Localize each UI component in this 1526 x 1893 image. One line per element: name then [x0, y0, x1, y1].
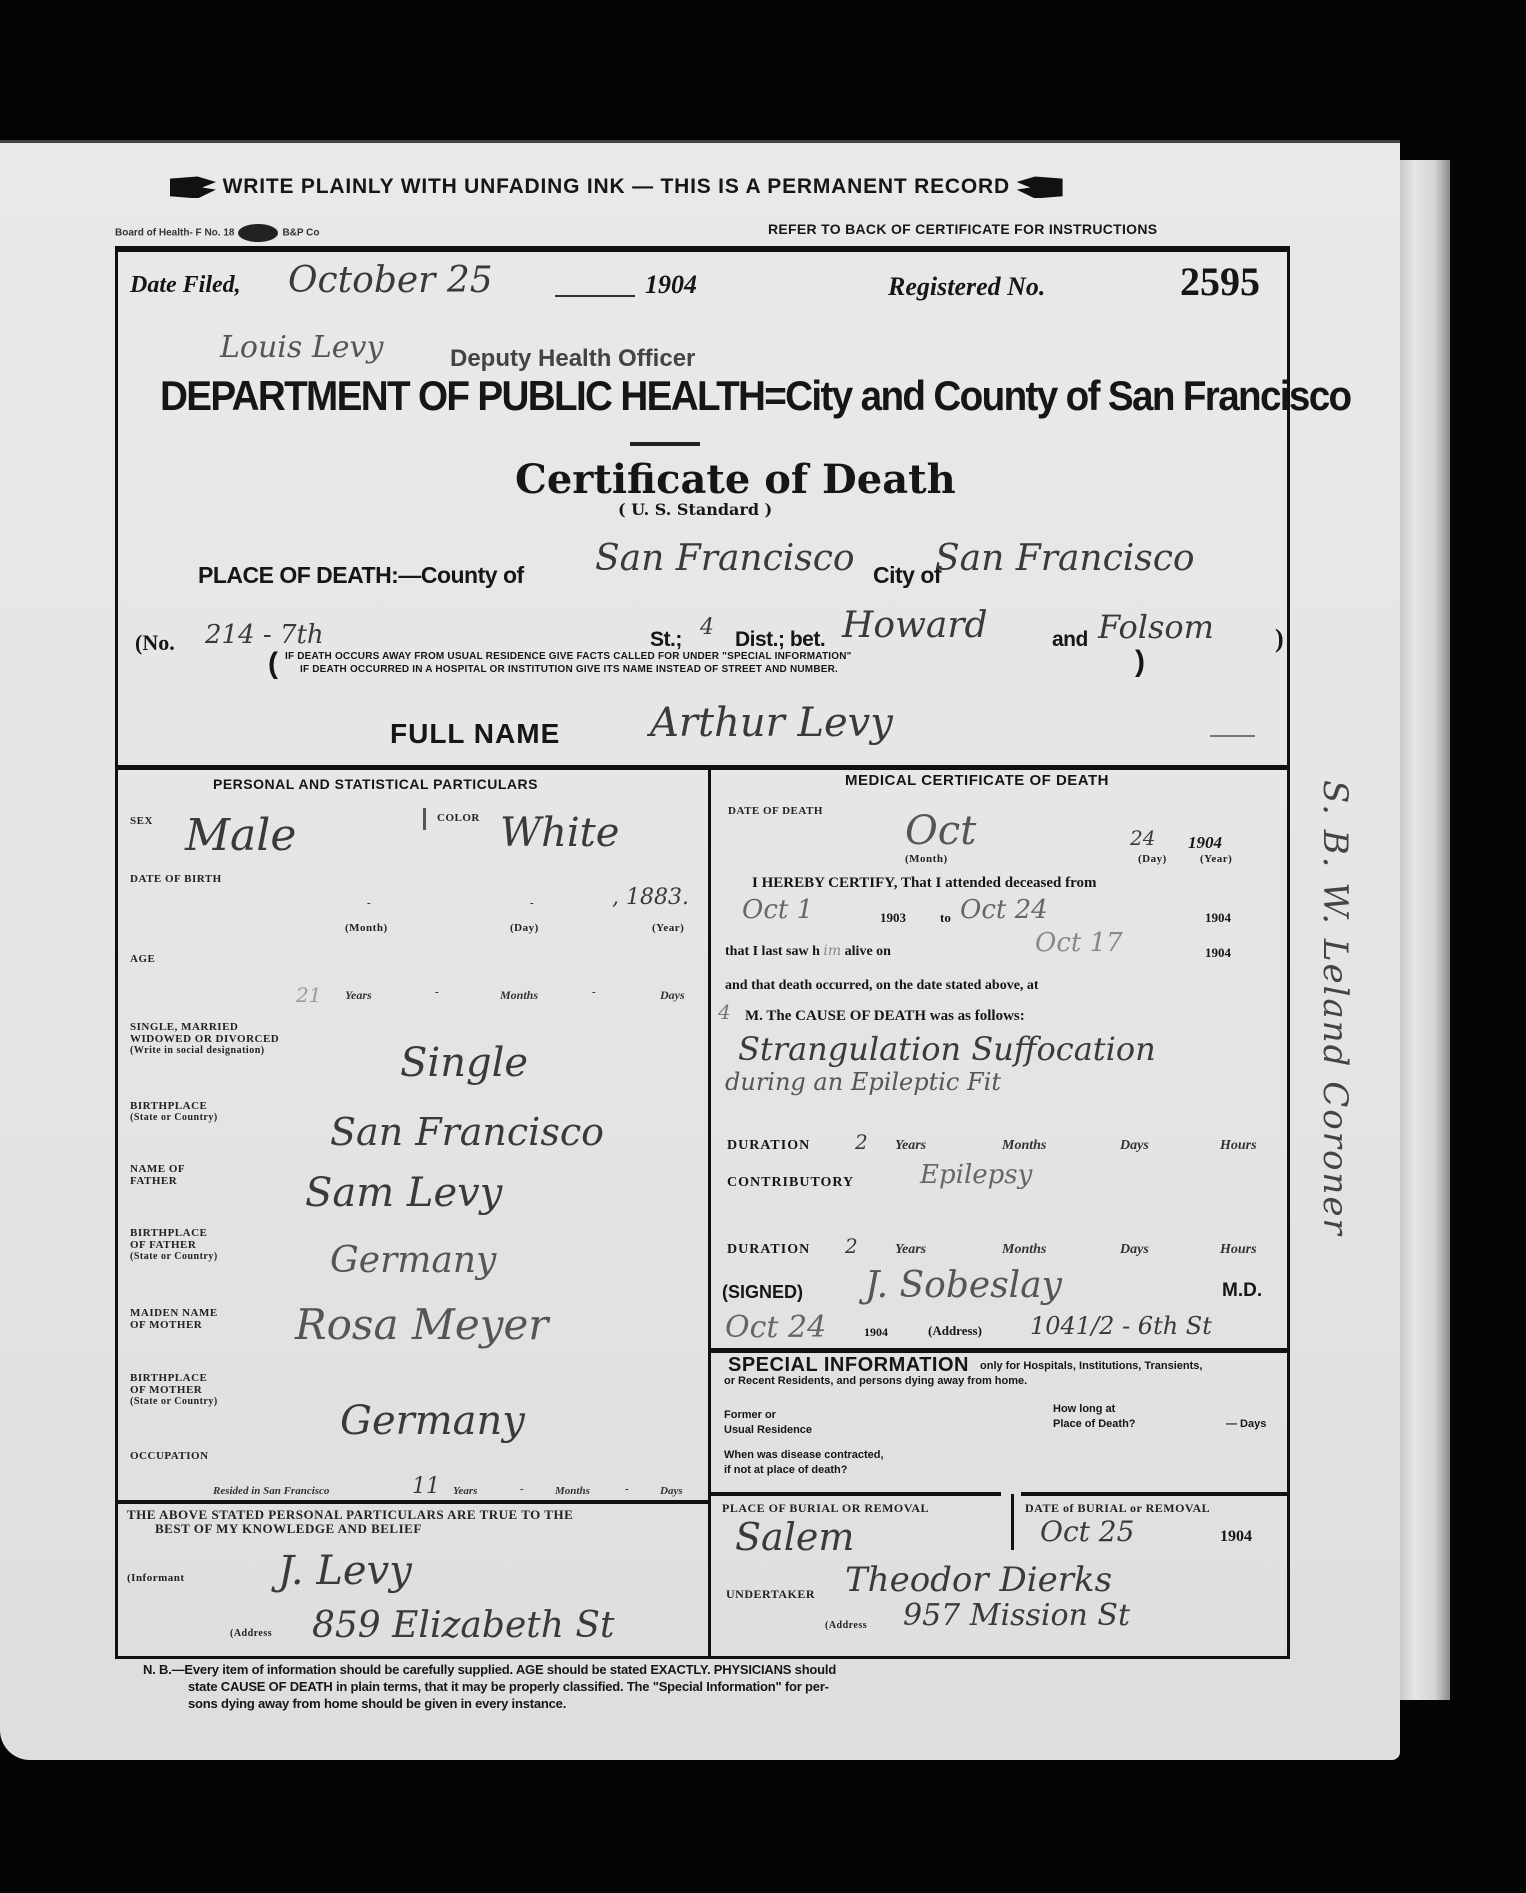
sex-label: SEX [130, 815, 153, 827]
registered-label: Registered No. [888, 272, 1045, 302]
certify-statement: I HEREBY CERTIFY, That I attended deceas… [752, 875, 1097, 892]
burial-place-value: Salem [735, 1515, 854, 1559]
union-seal-icon [238, 224, 278, 242]
certificate-title: Certificate of Death [515, 456, 956, 503]
attended-to: Oct 24 [960, 895, 1048, 925]
days-label: — Days [1226, 1418, 1266, 1430]
certificate-subtitle: ( U. S. Standard ) [618, 500, 772, 519]
color-value: White [500, 810, 619, 856]
md-label: M.D. [1222, 1280, 1262, 1302]
attended-to-year: 1904 [1205, 910, 1231, 926]
death-time: 4 [718, 1000, 731, 1024]
refer-instructions: REFER TO BACK OF CERTIFICATE FOR INSTRUC… [768, 221, 1157, 237]
street-number-label: (No. [135, 630, 175, 656]
filing-year: 1904 [645, 270, 697, 300]
permanent-record-banner: WRITE PLAINLY WITH UNFADING INK — THIS I… [170, 175, 1063, 199]
county-value: San Francisco [595, 538, 855, 579]
pointing-hand-icon [1017, 176, 1063, 198]
signed-label: (SIGNED) [722, 1282, 803, 1303]
marital-status-label: SINGLE, MARRIED WIDOWED OR DIVORCED (Wri… [130, 1021, 279, 1057]
close-paren: ) [1275, 624, 1284, 654]
contributory-label: CONTRIBUTORY [727, 1175, 854, 1191]
informant-label: (Informant [127, 1572, 185, 1584]
full-name-label: FULL NAME [390, 718, 560, 750]
contributory-duration-years: 2 [845, 1234, 858, 1258]
special-info-subtitle-2: or Recent Residents, and persons dying a… [724, 1375, 1027, 1387]
district-label: Dist.; bet. [735, 628, 825, 652]
father-name-value: Sam Levy [305, 1170, 502, 1216]
and-label: and [1052, 628, 1088, 652]
special-divider [711, 1348, 1290, 1353]
physician-address-label: (Address) [928, 1323, 982, 1339]
blank-line [1210, 735, 1255, 737]
field-separator [423, 808, 426, 830]
full-name-value: Arthur Levy [650, 700, 893, 746]
undertaker-address-label: (Address [825, 1620, 867, 1632]
signed-date: Oct 24 [725, 1310, 826, 1345]
officer-signature: Louis Levy [220, 330, 383, 365]
father-birthplace-label: BIRTHPLACE OF FATHER (State or Country) [130, 1227, 218, 1263]
death-month: Oct [905, 808, 976, 854]
form-reference: Board of Health- F No. 18B&P Co [115, 224, 320, 242]
blank-line [555, 295, 635, 297]
dob-year: , 1883. [612, 885, 689, 910]
physician-address-value: 1041/2 - 6th St [1030, 1312, 1212, 1340]
last-saw-statement: that I last saw h im alive on [725, 943, 891, 960]
city-label: City of [873, 562, 941, 589]
death-year: 1904 [1188, 833, 1222, 853]
attended-from-year: 1903 [880, 910, 906, 926]
footnote: N. B.—Every item of information should b… [143, 1661, 836, 1712]
death-occurred-statement: and that death occurred, on the date sta… [725, 978, 1039, 994]
mother-birthplace-label: BIRTHPLACE OF MOTHER (State or Country) [130, 1372, 218, 1408]
cause-of-death-label: M. The CAUSE OF DEATH was as follows: [745, 1008, 1025, 1025]
birthplace-label: BIRTHPLACE (State or Country) [130, 1100, 218, 1124]
dob-label: DATE OF BIRTH [130, 873, 222, 885]
how-long-label: How long at Place of Death? [1053, 1402, 1136, 1432]
informant-statement: THE ABOVE STATED PERSONAL PARTICULARS AR… [127, 1508, 573, 1536]
special-info-subtitle-1: only for Hospitals, Institutions, Transi… [980, 1360, 1202, 1372]
place-of-death-label: PLACE OF DEATH:—County of [198, 562, 524, 589]
signed-year: 1904 [864, 1325, 888, 1340]
burial-date-value: Oct 25 [1040, 1515, 1134, 1548]
banner-text: WRITE PLAINLY WITH UNFADING INK — THIS I… [223, 175, 1010, 198]
color-label: COLOR [437, 812, 480, 824]
burial-place-label: PLACE OF BURIAL OR REMOVAL [722, 1502, 929, 1514]
column-divider [708, 768, 711, 1656]
mother-name-value: Rosa Meyer [295, 1300, 548, 1349]
section-divider [118, 765, 1290, 770]
registered-number: 2595 [1180, 258, 1260, 305]
undertaker-label: UNDERTAKER [726, 1588, 815, 1600]
duration-years: 2 [855, 1130, 868, 1154]
undertaker-address-value: 957 Mission St [903, 1598, 1130, 1633]
district-value: 4 [700, 615, 714, 640]
city-value: San Francisco [935, 538, 1195, 579]
coroner-margin-note: S. B. W. Leland Coroner [1315, 780, 1355, 1237]
last-saw-date: Oct 17 [1035, 928, 1123, 958]
note-close-paren: ) [1135, 645, 1145, 679]
father-birthplace-value: Germany [330, 1240, 496, 1281]
date-of-death-label: DATE OF DEATH [728, 805, 823, 817]
pointing-hand-icon [170, 176, 216, 198]
residence-note-2: IF DEATH OCCURRED IN A HOSPITAL OR INSTI… [300, 664, 838, 675]
title-divider [630, 442, 700, 446]
between-street-1: Howard [842, 605, 988, 646]
book-binding-edge [1400, 160, 1450, 1700]
physician-signature: J. Sobeslay [865, 1265, 1062, 1306]
contributory-value: Epilepsy [920, 1160, 1032, 1190]
former-residence-label: Former or Usual Residence [724, 1408, 812, 1438]
street-number-value: 214 - 7th [205, 620, 324, 650]
birthplace-value: San Francisco [330, 1110, 604, 1154]
last-saw-year: 1904 [1205, 945, 1231, 961]
informant-value: J. Levy [278, 1548, 412, 1594]
street-label: St.; [650, 628, 682, 652]
attended-from: Oct 1 [742, 895, 813, 925]
sex-value: Male [185, 810, 296, 861]
undertaker-value: Theodor Dierks [845, 1560, 1112, 1600]
mother-name-label: MAIDEN NAME OF MOTHER [130, 1307, 218, 1331]
burial-date-label: DATE of BURIAL or REMOVAL [1025, 1502, 1210, 1514]
burial-divider-right [1021, 1492, 1290, 1496]
cause-of-death-line-1: Strangulation Suffocation [738, 1030, 1156, 1068]
duration-label: DURATION [727, 1138, 810, 1154]
officer-title: Deputy Health Officer [450, 345, 695, 373]
note-open-paren: ( [268, 647, 278, 681]
occupation-label: OCCUPATION [130, 1450, 209, 1462]
personal-section-title: PERSONAL AND STATISTICAL PARTICULARS [213, 776, 538, 792]
burial-divider-left [711, 1492, 1001, 1496]
burial-year-value: 1904 [1220, 1528, 1252, 1546]
disease-contracted-label: When was disease contracted, if not at p… [724, 1448, 884, 1478]
burial-column-divider [1011, 1494, 1014, 1550]
residence-note-1: IF DEATH OCCURS AWAY FROM USUAL RESIDENC… [285, 651, 852, 662]
cause-of-death-line-2: during an Epileptic Fit [725, 1068, 1001, 1096]
informant-address-value: 859 Elizabeth St [312, 1605, 614, 1646]
age-label: AGE [130, 953, 155, 965]
informant-address-label: (Address [230, 1628, 272, 1640]
death-day: 24 [1130, 826, 1155, 850]
department-title: DEPARTMENT OF PUBLIC HEALTH=City and Cou… [160, 372, 1351, 420]
mother-birthplace-value: Germany [340, 1398, 525, 1444]
resided-label: Resided in San Francisco [213, 1485, 329, 1497]
marital-status-value: Single [400, 1040, 528, 1086]
between-street-2: Folsom [1098, 608, 1214, 646]
father-name-label: NAME OF FATHER [130, 1163, 185, 1187]
resided-years: 11 [412, 1474, 440, 1499]
date-filed-label: Date Filed, [130, 272, 241, 299]
informant-divider [118, 1500, 710, 1504]
medical-section-title: MEDICAL CERTIFICATE OF DEATH [845, 772, 1109, 789]
age-years: 21 [296, 983, 321, 1007]
special-info-title: SPECIAL INFORMATION [728, 1354, 969, 1377]
date-filed-value: October 25 [288, 260, 493, 301]
